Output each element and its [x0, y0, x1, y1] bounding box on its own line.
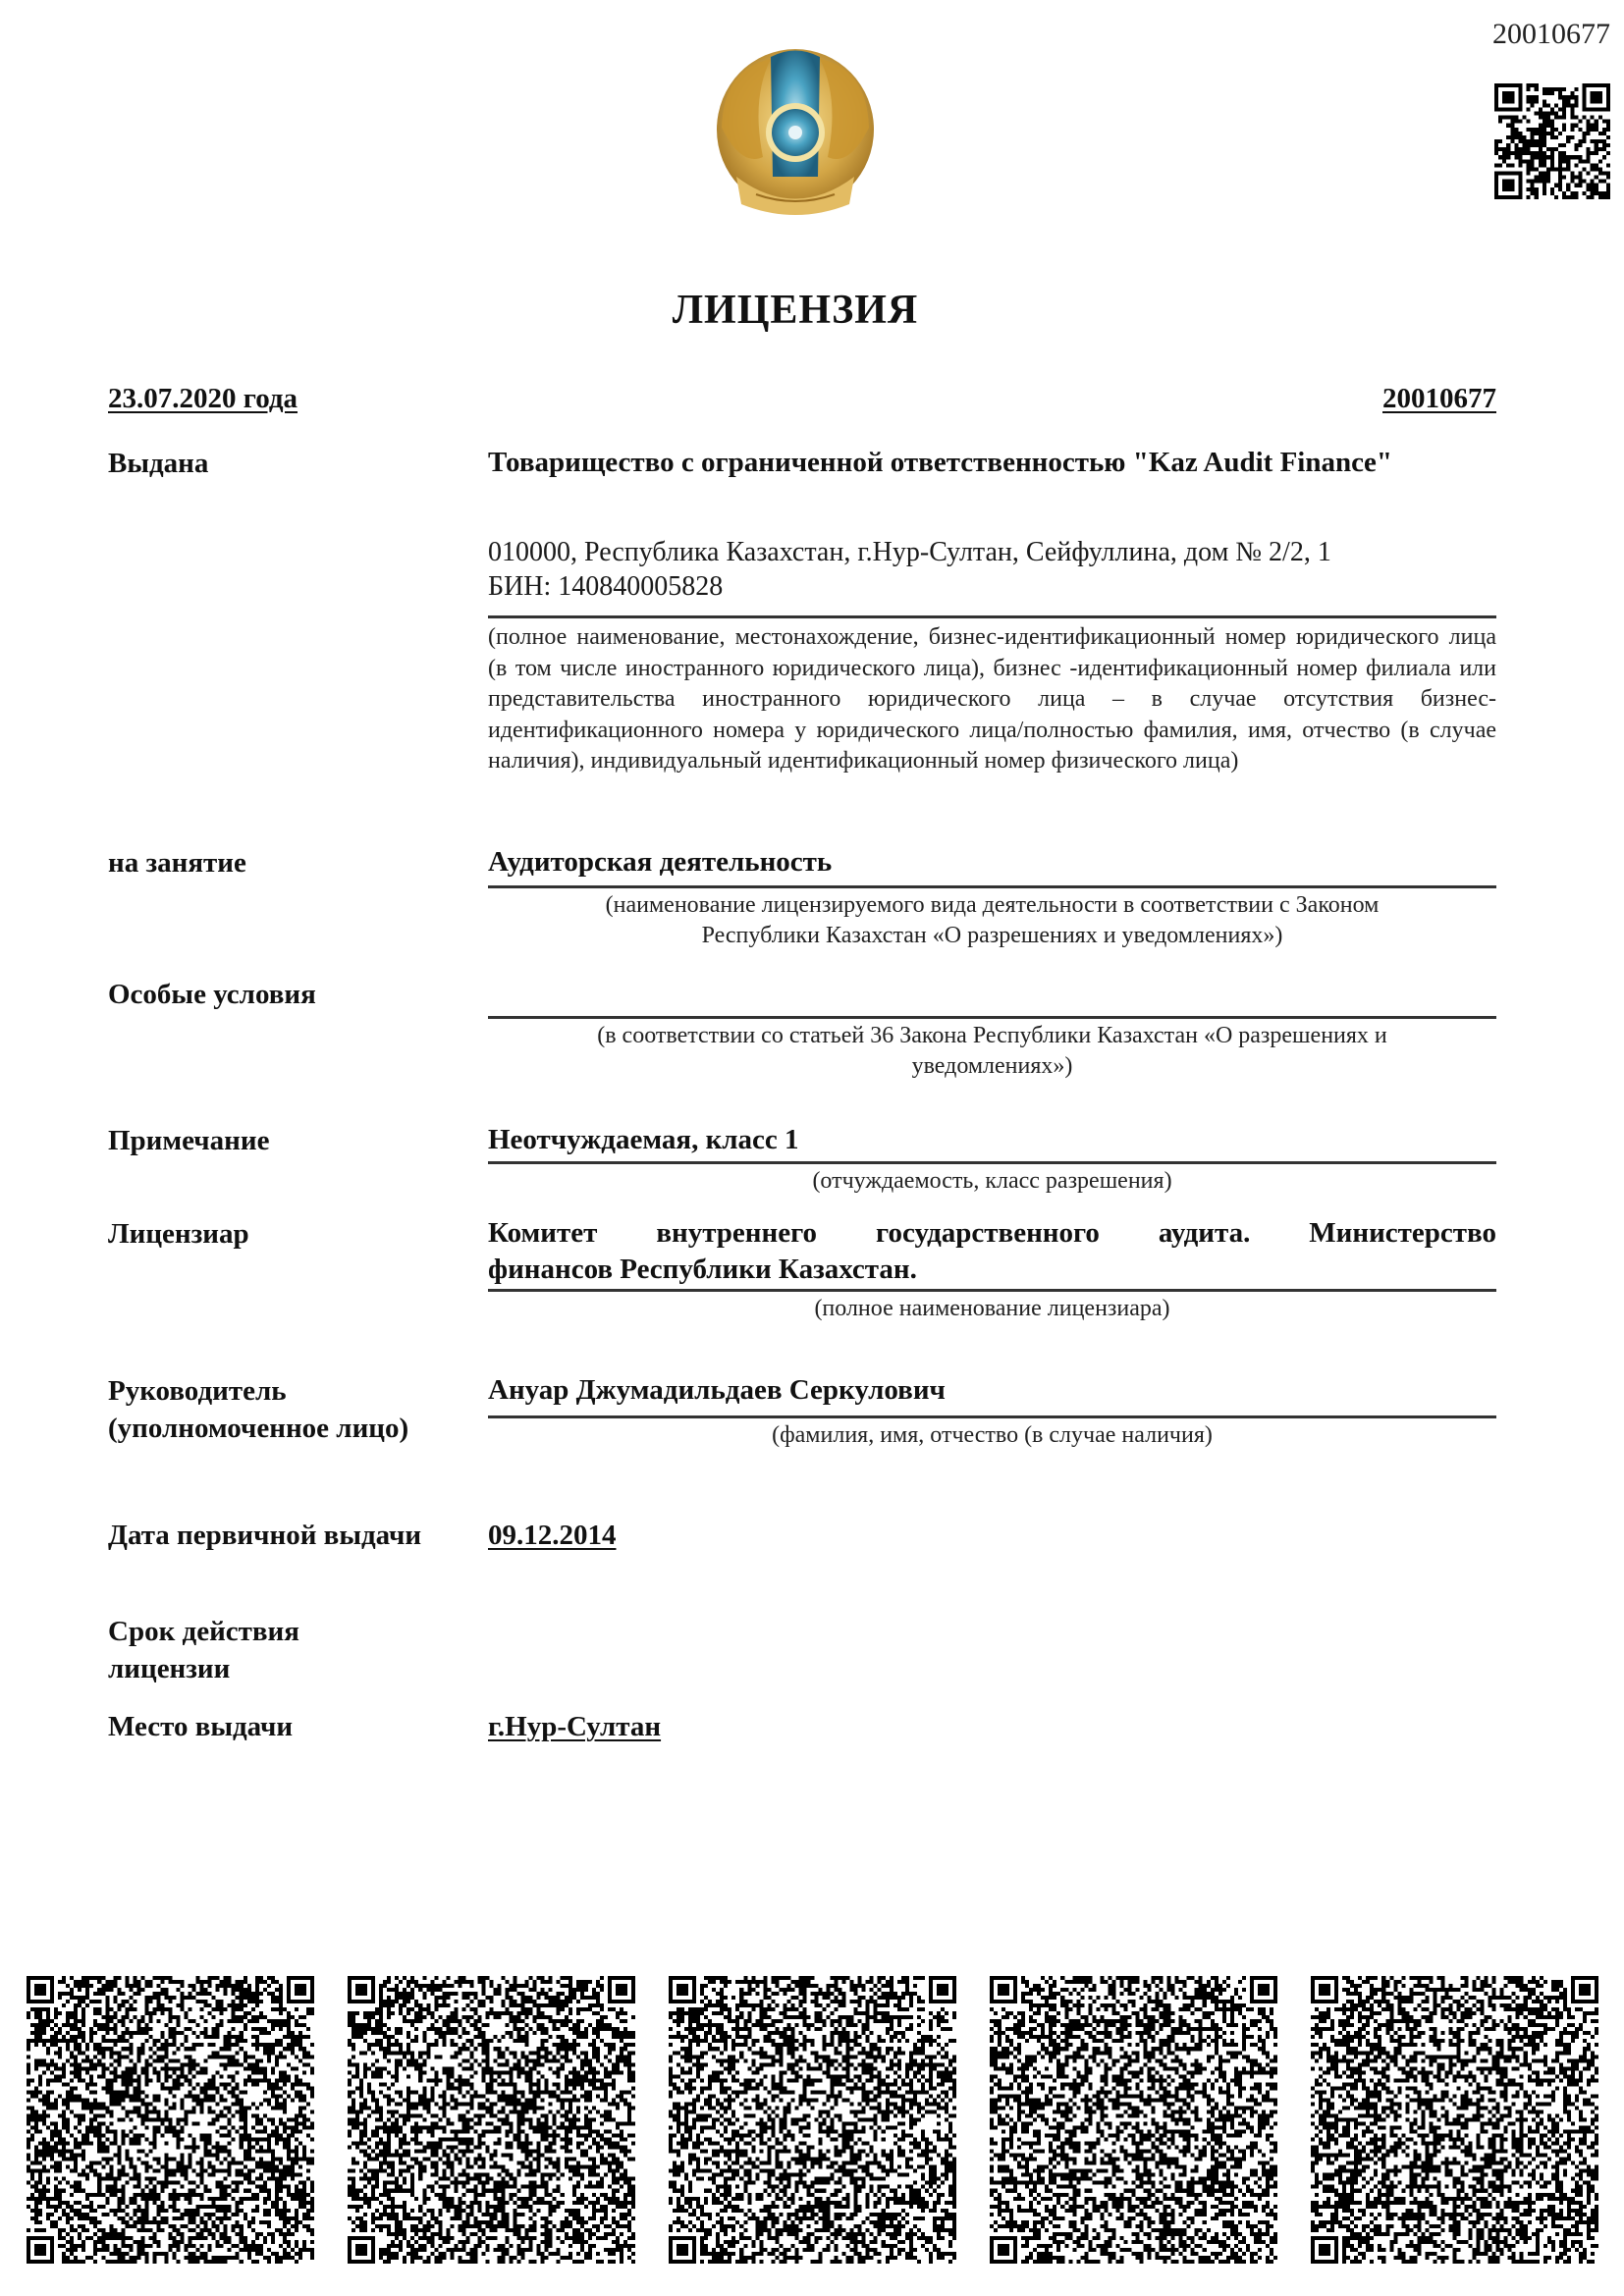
- corner-document-number: 20010677: [1492, 18, 1610, 51]
- head-label-line2: (уполномоченное лицо): [108, 1410, 408, 1447]
- special-conditions-caption-line2: уведомлениях»): [488, 1051, 1496, 1082]
- first-issue-value: 09.12.2014: [488, 1517, 617, 1554]
- divider: [488, 615, 1496, 618]
- issued-to-caption: (полное наименование, местонахождение, б…: [488, 622, 1496, 777]
- validity-label-line2: лицензии: [108, 1650, 230, 1687]
- place-value: г.Нур-Султан: [488, 1708, 661, 1745]
- divider: [488, 885, 1496, 888]
- issued-to-label: Выдана: [108, 445, 208, 482]
- first-issue-label: Дата первичной выдачи: [108, 1517, 421, 1554]
- licensor-value-line2: финансов Республики Казахстан.: [488, 1251, 1496, 1288]
- note-label: Примечание: [108, 1122, 269, 1159]
- divider: [488, 1161, 1496, 1164]
- note-value: Неотчуждаемая, класс 1: [488, 1121, 1496, 1158]
- issued-to-bin: БИН: 140840005828: [488, 569, 1496, 604]
- qr-code-icon: [1494, 83, 1610, 199]
- activity-label: на занятие: [108, 844, 246, 881]
- special-conditions-caption-line1: (в соответствии со статьей 36 Закона Рес…: [488, 1021, 1496, 1051]
- state-emblem-icon: [702, 39, 889, 231]
- divider: [488, 1016, 1496, 1019]
- place-city: г.Нур-Султан: [488, 1711, 661, 1742]
- issue-date: 23.07.2020 года: [108, 380, 298, 417]
- note-caption: (отчуждаемость, класс разрешения): [488, 1166, 1496, 1197]
- divider: [488, 1415, 1496, 1418]
- qr-code-icon: [990, 1976, 1277, 2264]
- licensor-value-line1: Комитет внутреннего государственного ауд…: [488, 1214, 1496, 1252]
- licensor-caption: (полное наименование лицензиара): [488, 1294, 1496, 1324]
- first-issue-date: 09.12.2014: [488, 1520, 617, 1551]
- qr-code-icon: [669, 1976, 956, 2264]
- activity-caption-line2: Республики Казахстан «О разрешениях и ув…: [488, 921, 1496, 951]
- page-title: ЛИЦЕНЗИЯ: [0, 287, 1591, 334]
- head-label-line1: Руководитель: [108, 1372, 287, 1410]
- special-conditions-label: Особые условия: [108, 976, 316, 1013]
- qr-code-icon: [1311, 1976, 1598, 2264]
- validity-label-line1: Срок действия: [108, 1613, 299, 1650]
- activity-caption-line1: (наименование лицензируемого вида деятел…: [488, 890, 1496, 921]
- head-caption: (фамилия, имя, отчество (в случае наличи…: [488, 1420, 1496, 1451]
- qr-code-icon: [27, 1976, 314, 2264]
- issued-to-name: Товарищество с ограниченной ответственно…: [488, 444, 1496, 481]
- place-label: Место выдачи: [108, 1708, 293, 1745]
- license-number: 20010677: [1382, 380, 1496, 417]
- head-value: Ануар Джумадильдаев Серкулович: [488, 1371, 1496, 1409]
- issued-to-address: 010000, Республика Казахстан, г.Нур-Султ…: [488, 535, 1496, 569]
- licensor-label: Лицензиар: [108, 1215, 249, 1253]
- qr-code-icon: [348, 1976, 635, 2264]
- activity-value: Аудиторская деятельность: [488, 843, 1496, 881]
- divider: [488, 1289, 1496, 1292]
